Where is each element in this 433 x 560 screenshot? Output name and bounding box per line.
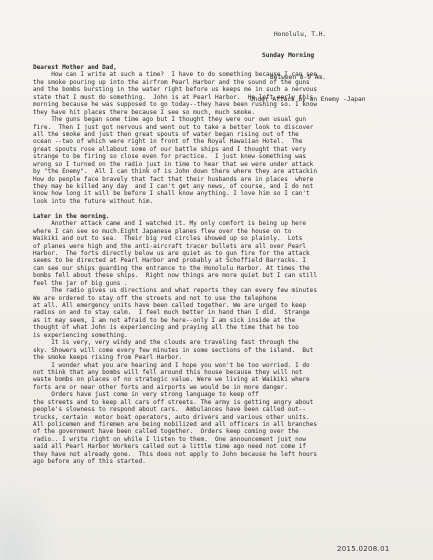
text-line: It is very, very windy and the clouds ar…	[33, 339, 423, 346]
text-line: I wonder what you are hearing and I hope…	[33, 362, 423, 369]
text-line: the smoke keeps rising from Pearl Harbor…	[33, 354, 423, 361]
text-line: Waikiki and out to sea. Their big red ci…	[33, 235, 423, 242]
text-line: radios on and to stay calm. I feel much …	[33, 309, 423, 316]
paragraphs: How can I write at such a time? I have t…	[33, 71, 423, 465]
text-line: know how long it will be before I shall …	[33, 190, 423, 197]
text-line: great spouts rose allabout some of our b…	[33, 146, 423, 153]
text-line: The radio gives us directions and what r…	[33, 287, 423, 294]
text-line: How can I write at such a time? I have t…	[33, 71, 423, 78]
text-line: and the bombs bursting in the water righ…	[33, 86, 423, 93]
text-line: wrong so I turned on the radio just in t…	[33, 161, 423, 168]
paragraph: How can I write at such a time? I have t…	[33, 71, 423, 116]
text-line: they have not already gone. This does no…	[33, 451, 423, 458]
text-line: at all. All emergency units have been ca…	[33, 302, 423, 309]
paragraph: It is very, very windy and the clouds ar…	[33, 339, 423, 465]
salutation: Dearest Mother and Dad,	[33, 64, 423, 71]
paragraph: Later in the morning. Another attack cam…	[33, 213, 423, 287]
text-line: they may be killed any day and I can't g…	[33, 183, 423, 190]
text-line: strange to be firing so close even for p…	[33, 153, 423, 160]
text-line: All policemen and firemen are being mobi…	[33, 421, 423, 428]
text-line: by "the Enemy". All I can think of is Jo…	[33, 168, 423, 175]
text-line: Another attack came and I watched it. My…	[33, 220, 423, 227]
letter-body: Dearest Mother and Dad, How can I write …	[33, 64, 423, 466]
text-line: they have hit places there because I see…	[33, 109, 423, 116]
text-line: bombs fell about these ships. Right now …	[33, 272, 423, 279]
heading-place: Honolulu, T.H.	[250, 31, 365, 38]
text-line: The guns began some time ago but I thoug…	[33, 116, 423, 123]
paragraph: The guns began some time ago but I thoug…	[33, 116, 423, 205]
text-line: waste bombs on places of no strategic va…	[33, 376, 423, 383]
paragraph-gap	[33, 205, 423, 212]
text-line: Harbor. The forts directly below us are …	[33, 250, 423, 257]
text-line: radio.. I write right on while I listen …	[33, 436, 423, 443]
text-line: as it may seem, I am not afraid to be he…	[33, 317, 423, 324]
text-line: ocean --two of which were right in front…	[33, 138, 423, 145]
text-line: where I can see so much.Eight Japanese p…	[33, 228, 423, 235]
text-line: state that I must do something. John is …	[33, 94, 423, 101]
text-line: feel the jar of big guns .	[33, 280, 423, 287]
text-line: seems to be directed at Pearl Harbor and…	[33, 257, 423, 264]
text-line: people's slowness to respond about cars.…	[33, 406, 423, 413]
text-line: trucks, certain motor boat operators, au…	[33, 414, 423, 421]
text-line: Later in the morning.	[33, 213, 423, 220]
text-line: sky. Showers will come every few minutes…	[33, 347, 423, 354]
text-line: is experiencing something.	[33, 332, 423, 339]
text-line: all the smoke and just then great spouts…	[33, 131, 423, 138]
text-line: the smoke pouring up into the airfrom Pe…	[33, 79, 423, 86]
text-line: said all Pearl Harbor Workers called out…	[33, 443, 423, 450]
text-line: forts are or near other forts and airpor…	[33, 384, 423, 391]
text-line: ago before any of this started.	[33, 458, 423, 465]
heading-day: Sunday Morning	[250, 52, 365, 59]
text-line: We are ordered to stay off the streets a…	[33, 295, 423, 302]
text-line: thought of what John is experiencing and…	[33, 324, 423, 331]
text-line: morning because he was supposed to go to…	[33, 101, 423, 108]
text-line: How do people face bravely that fact tha…	[33, 176, 423, 183]
paper-stain	[0, 480, 60, 560]
text-line: look into the future without him.	[33, 198, 423, 205]
letter-page: Honolulu, T.H. Sunday Morning Between 8-…	[0, 0, 433, 560]
catalog-number: 2015.0208.01	[337, 545, 390, 553]
text-line: of planes were high and the anti-aircraf…	[33, 243, 423, 250]
text-line: fire. Then I just got nervous and went o…	[33, 124, 423, 131]
text-line: of the government have been called toget…	[33, 428, 423, 435]
text-line: the streets and to keep all cars off str…	[33, 399, 423, 406]
text-line: Orders have just come in very strong lan…	[33, 391, 423, 398]
text-line: not think that any bombs will fell aroun…	[33, 369, 423, 376]
text-line: can see our ships guarding the entrance …	[33, 265, 423, 272]
paragraph: The radio gives us directions and what r…	[33, 287, 423, 339]
